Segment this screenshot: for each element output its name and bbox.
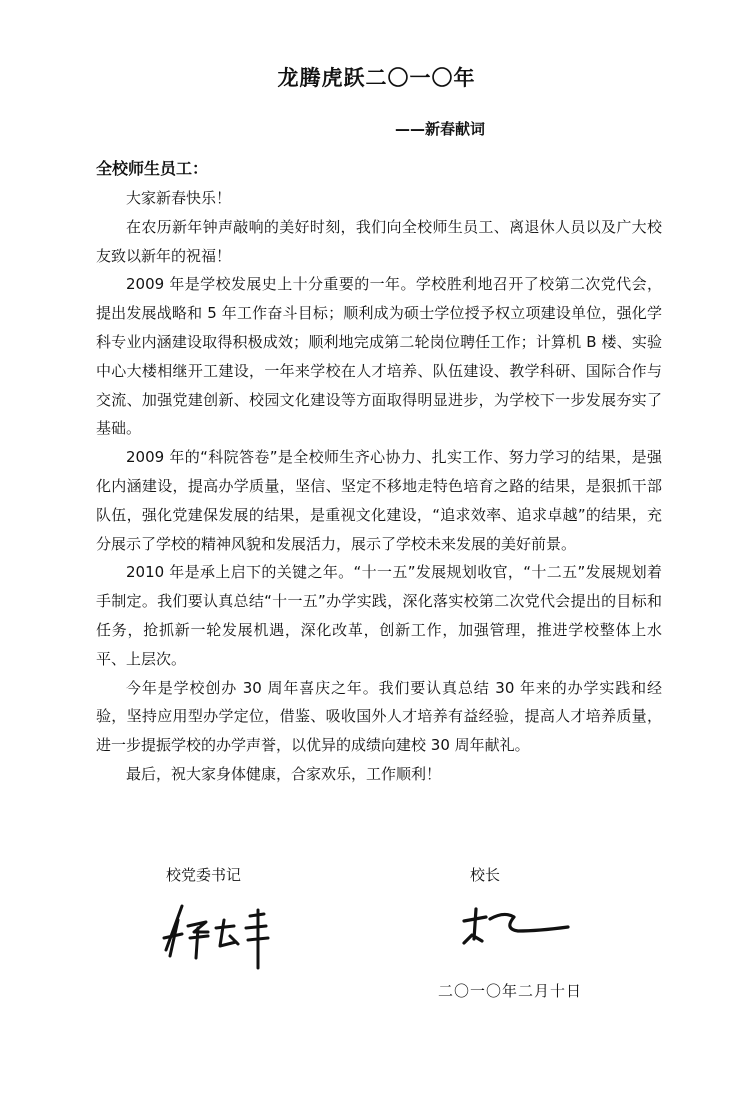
paragraph-blessing: 在农历新年钟声敲响的美好时刻，我们向全校师生员工、离退休人员以及广大校友致以新年… bbox=[96, 213, 662, 271]
president-signature-icon bbox=[458, 905, 578, 955]
document-title: 龙腾虎跃二〇一〇年 bbox=[0, 62, 753, 92]
party-secretary-signature-icon bbox=[160, 898, 280, 973]
paragraph-greeting: 大家新春快乐！ bbox=[96, 184, 662, 213]
paragraph-2009-review: 2009 年是学校发展史上十分重要的一年。学校胜利地召开了校第二次党代会，提出发… bbox=[96, 270, 662, 443]
paragraph-2009-answer: 2009 年的“科院答卷”是全校师生齐心协力、扎实工作、努力学习的结果，是强化内… bbox=[96, 443, 662, 558]
paragraph-30th-anniversary: 今年是学校创办 30 周年喜庆之年。我们要认真总结 30 年来的办学实践和经验，… bbox=[96, 674, 662, 760]
document-subtitle: ——新春献词 bbox=[290, 118, 590, 139]
party-secretary-title: 校党委书记 bbox=[166, 864, 241, 885]
president-title: 校长 bbox=[470, 864, 500, 885]
salutation: 全校师生员工： bbox=[96, 156, 208, 179]
paragraph-2010-plan: 2010 年是承上启下的关键之年。“十一五”发展规划收官，“十二五”发展规划着手… bbox=[96, 558, 662, 673]
letter-body: 大家新春快乐！ 在农历新年钟声敲响的美好时刻，我们向全校师生员工、离退休人员以及… bbox=[96, 184, 662, 789]
paragraph-closing: 最后，祝大家身体健康，合家欢乐，工作顺利！ bbox=[96, 760, 662, 789]
letter-date: 二〇一〇年二月十日 bbox=[438, 980, 582, 1001]
